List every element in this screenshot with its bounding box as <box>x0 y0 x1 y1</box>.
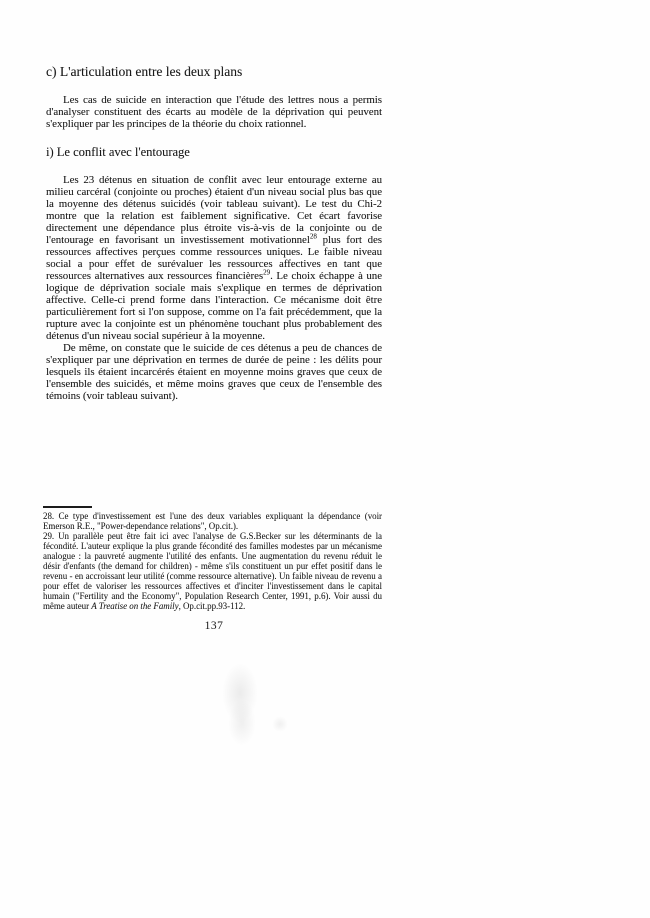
footnote-28: 28. Ce type d'investissement est l'une d… <box>43 511 382 531</box>
footnote-separator-rule <box>43 506 92 508</box>
paragraph-conflict: Les 23 détenus en situation de conflit a… <box>46 174 382 342</box>
main-text-block: c) L'articulation entre les deux plans L… <box>46 64 382 402</box>
page-number: 137 <box>46 620 382 632</box>
subsection-heading: i) Le conflit avec l'entourage <box>46 145 382 160</box>
footnote-29: 29. Un parallèle peut être fait ici avec… <box>43 531 382 611</box>
scan-smudge <box>228 700 256 746</box>
footnote-29-text-1: 29. Un parallèle peut être fait ici avec… <box>43 531 382 611</box>
section-heading: c) L'articulation entre les deux plans <box>46 64 382 80</box>
footnote-29-text-2: , Op.cit.pp.93-112. <box>179 601 246 611</box>
paragraph-intro: Les cas de suicide en interaction que l'… <box>46 94 382 130</box>
scanned-document-page: c) L'articulation entre les deux plans L… <box>0 0 650 918</box>
paragraph-sentence-duration: De même, on constate que le suicide de c… <box>46 342 382 402</box>
footnote-ref-28: 28 <box>310 232 317 240</box>
scan-smudge <box>222 663 258 723</box>
scan-smudge <box>272 716 288 732</box>
footnotes-block: 28. Ce type d'investissement est l'une d… <box>43 511 382 611</box>
footnote-29-book-title: A Treatise on the Family <box>91 601 178 611</box>
